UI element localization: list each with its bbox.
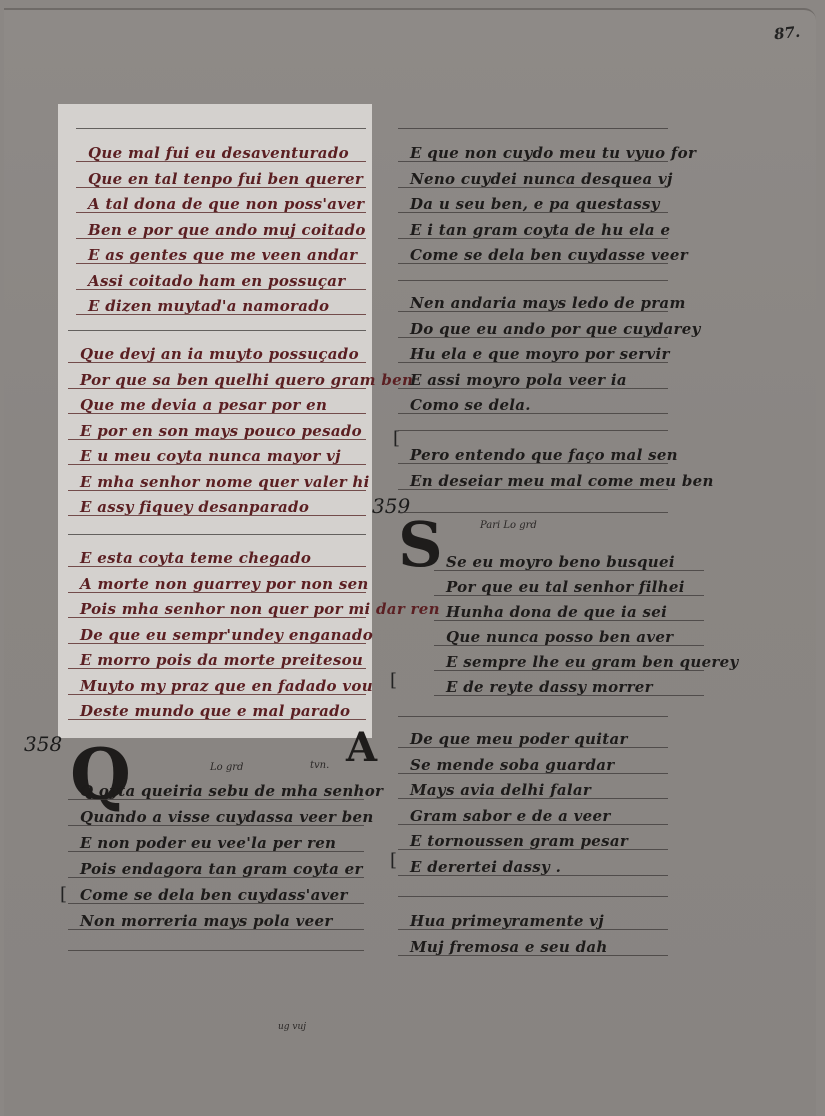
verse-line: Se mende soba guardar: [410, 756, 614, 774]
verse-line: Quando a visse cuydassa veer ben: [80, 808, 374, 826]
verse-line: Q oyta queiria sebu de mha senhor: [80, 782, 383, 800]
verse-line: Deste mundo que e mal parado: [80, 702, 350, 720]
verse-line: Pois mha senhor non quer por mi dar ren: [80, 600, 440, 618]
verse-line: Assi coitado ham en possuçar: [88, 272, 345, 290]
ruled-line: [398, 430, 668, 431]
verse-line: A morte non guarrey por non sen: [80, 575, 369, 593]
ruled-line: [68, 950, 364, 951]
rubric-note-right-col: Pari Lo grd: [480, 520, 537, 531]
verse-line: Come se dela ben cuydasse veer: [410, 246, 688, 264]
verse-line: Como se dela.: [410, 396, 531, 414]
ruled-line: [398, 512, 668, 513]
verse-line: E dizen muytad'a namorado: [88, 297, 329, 315]
verse-line: Por que sa ben quelhi quero gram ben: [80, 371, 413, 389]
stanza-bracket: [: [390, 850, 397, 871]
rubric-note: Lo grd: [210, 762, 243, 773]
verse-line: E i tan gram coyta de hu ela e: [410, 221, 670, 239]
folio-number: 87.: [773, 23, 801, 44]
verse-line: E derertei dassy .: [410, 858, 561, 876]
verse-line: Pois endagora tan gram coyta er: [80, 860, 363, 878]
verse-line: Non morreria mays pola veer: [80, 912, 333, 930]
ruled-line: [398, 716, 668, 717]
ruled-line: [76, 128, 366, 129]
verse-line: Muyto my praz que en fadado vou: [80, 677, 373, 695]
verse-line: Muj fremosa e seu dah: [410, 938, 608, 956]
verse-line: Que mal fui eu desaventurado: [88, 144, 349, 162]
verse-line: Gram sabor e de a veer: [410, 807, 611, 825]
rubric-note-right: tvn.: [310, 760, 329, 771]
ruled-line: [398, 896, 668, 897]
verse-line: Se eu moyro beno busquei: [446, 553, 675, 571]
ruled-line: [398, 280, 668, 281]
verse-line: E u meu coyta nunca mayor vj: [80, 447, 341, 465]
stanza-bracket: [: [390, 670, 397, 691]
ruled-line: [68, 534, 366, 535]
verse-line: E morro pois da morte preitesou: [80, 651, 363, 669]
verse-line: Nen andaria mays ledo de pram: [410, 294, 686, 312]
verse-line: De que meu poder quitar: [410, 730, 628, 748]
verse-line: Que en tal tenpo fui ben querer: [88, 170, 363, 188]
decorated-initial-s: S: [398, 512, 443, 578]
verse-line: E de reyte dassy morrer: [446, 678, 653, 696]
verse-line: Da u seu ben, e pa questassy: [410, 195, 660, 213]
verse-line: Do que eu ando por que cuydarey: [410, 320, 701, 338]
verse-line: En deseiar meu mal come meu ben: [410, 472, 714, 490]
stanza-bracket: [: [393, 428, 400, 449]
verse-line: Que devj an ia muyto possuçado: [80, 345, 359, 363]
verse-line: E mha senhor nome quer valer hi: [80, 473, 370, 491]
verse-line: E assy fiquey desanparado: [80, 498, 309, 516]
verse-line: Hua primeyramente vj: [410, 912, 604, 930]
verse-line: Ben e por que ando muj coitado: [88, 221, 366, 239]
verse-line: Come se dela ben cuydass'aver: [80, 886, 348, 904]
verse-line: Por que eu tal senhor filhei: [446, 578, 685, 596]
verse-line: E que non cuydo meu tu vyuo for: [410, 144, 696, 162]
verse-line: E as gentes que me veen andar: [88, 246, 357, 264]
ruled-line: [68, 330, 366, 331]
verse-line: E assi moyro pola veer ia: [410, 371, 627, 389]
verse-line: E non poder eu vee'la per ren: [80, 834, 336, 852]
verse-line: E tornoussen gram pesar: [410, 832, 628, 850]
verse-line: Que nunca posso ben aver: [446, 628, 673, 646]
margin-number-358: 358: [24, 732, 62, 756]
verse-line: E sempre lhe eu gram ben querey: [446, 653, 738, 671]
verse-line: Que me devia a pesar por en: [80, 396, 327, 414]
bottom-scribble: ug vuj: [278, 1022, 306, 1032]
verse-line: Hu ela e que moyro por servir: [410, 345, 670, 363]
verse-line: Neno cuydei nunca desquea vj: [410, 170, 673, 188]
gloss-letter-a: A: [346, 726, 377, 770]
verse-line: E por en son mays pouco pesado: [80, 422, 362, 440]
verse-line: E esta coyta teme chegado: [80, 549, 311, 567]
ruled-line: [398, 128, 668, 129]
verse-line: Mays avia delhi falar: [410, 781, 591, 799]
verse-line: A tal dona de que non poss'aver: [88, 195, 364, 213]
verse-line: Hunha dona de que ia sei: [446, 603, 667, 621]
verse-line: Pero entendo que faço mal sen: [410, 446, 678, 464]
stanza-bracket: [: [60, 884, 67, 905]
verse-line: De que eu sempr'undey enganado: [80, 626, 373, 644]
